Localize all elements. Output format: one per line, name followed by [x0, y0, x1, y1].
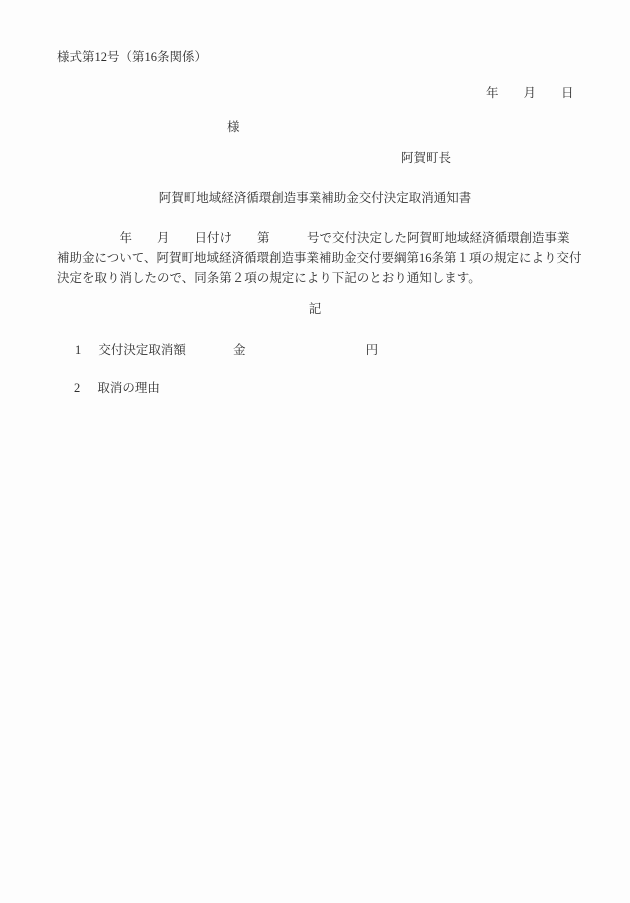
body-line-1: 年 月 日付け 第 号で交付決定した阿賀町地域経済循環創造事業 [57, 228, 579, 248]
item-1-amount-prefix: 金 [233, 343, 246, 358]
item-1-label: 交付決定取消額 [98, 343, 186, 358]
body-paragraph: 年 月 日付け 第 号で交付決定した阿賀町地域経済循環創造事業 補助金について、… [57, 228, 579, 288]
item-2-number: 2 [74, 381, 80, 396]
list-item-cancellation-amount: 1 交付決定取消額 金 円 [75, 343, 378, 358]
item-2-label: 取消の理由 [97, 381, 160, 396]
document-title: 阿賀町地域経済循環創造事業補助金交付決定取消通知書 [0, 191, 630, 206]
document-page: 様式第12号（第16条関係） 年 月 日 様 阿賀町長 阿賀町地域経済循環創造事… [0, 0, 630, 903]
record-marker: 記 [0, 302, 630, 317]
date-line: 年 月 日 [486, 86, 574, 101]
sender-title: 阿賀町長 [401, 151, 451, 166]
body-line-2: 補助金について、阿賀町地域経済循環創造事業補助金交付要綱第16条第１項の規定によ… [57, 248, 579, 268]
recipient-honorific: 様 [227, 120, 240, 135]
body-line-3: 決定を取り消したので、同条第２項の規定により下記のとおり通知します。 [57, 268, 579, 288]
item-1-amount-suffix: 円 [366, 343, 379, 358]
list-item-cancellation-reason: 2 取消の理由 [74, 381, 160, 396]
form-number: 様式第12号（第16条関係） [57, 50, 207, 65]
item-1-number: 1 [75, 343, 81, 358]
